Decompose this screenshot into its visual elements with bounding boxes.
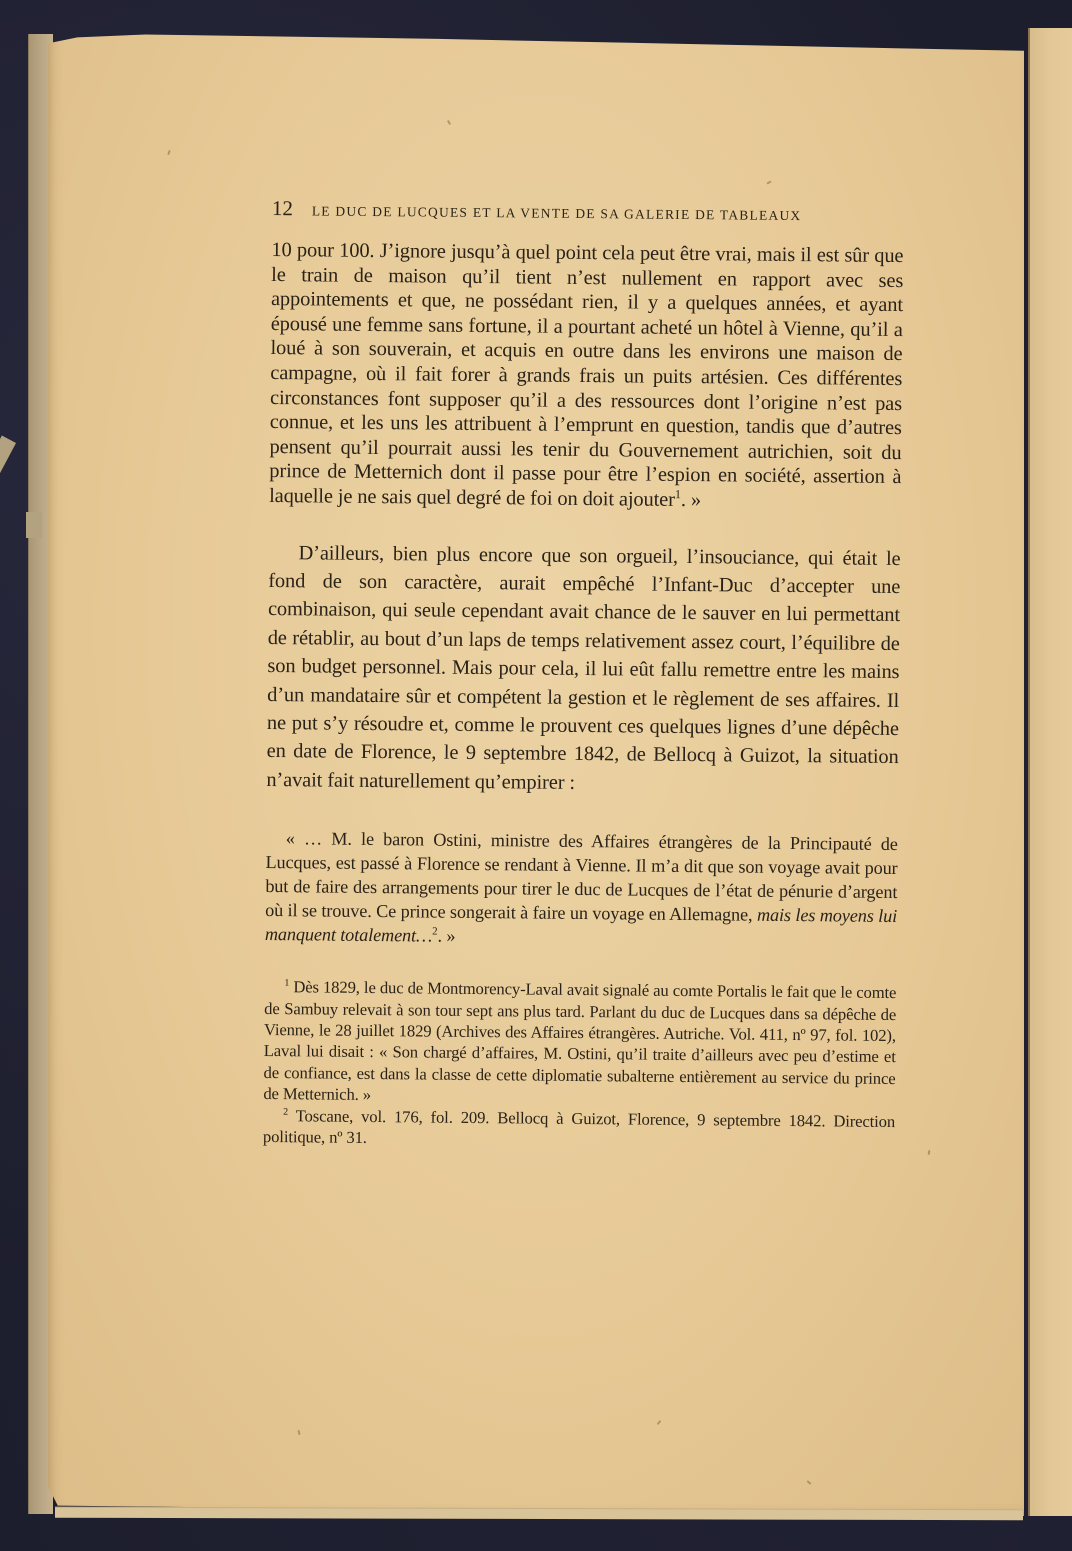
footnotes: 1 Dès 1829, le duc de Montmorency-Laval …: [263, 976, 897, 1153]
running-head: 12 LE DUC DE LUCQUES ET LA VENTE DE SA G…: [272, 196, 904, 230]
paper-fleck: [806, 1480, 811, 1485]
text-block: 12 LE DUC DE LUCQUES ET LA VENTE DE SA G…: [263, 196, 904, 1153]
paper-fleck: [657, 1420, 662, 1425]
paper-fleck: [928, 1150, 931, 1155]
torn-paper-fragment: [26, 512, 42, 538]
block-quote: « … M. le baron Ostini, ministre des Aff…: [265, 826, 898, 952]
paper-fleck: [766, 180, 771, 184]
quote-close: . »: [437, 926, 455, 946]
page-number: 12: [272, 196, 312, 221]
adjacent-page-edge: [1028, 28, 1072, 1516]
paragraph: D’ailleurs, bien plus encore que son org…: [266, 539, 900, 801]
paper-fleck: [167, 150, 171, 155]
paragraph-text: 10 pour 100. J’ignore jusqu’à quel point…: [269, 239, 904, 511]
paper-fleck: [297, 1430, 300, 1435]
paragraph-continued: 10 pour 100. J’ignore jusqu’à quel point…: [269, 238, 904, 515]
quote-close: . »: [681, 489, 701, 511]
footnote-1: 1 Dès 1829, le duc de Montmorency-Laval …: [263, 976, 896, 1110]
footnote-2: 2 Toscane, vol. 176, fol. 209. Bellocq à…: [263, 1105, 895, 1154]
footnote-text: Toscane, vol. 176, fol. 209. Bellocq à G…: [263, 1106, 895, 1147]
running-title: LE DUC DE LUCQUES ET LA VENTE DE SA GALE…: [312, 203, 802, 224]
footnote-text: Dès 1829, le duc de Montmorency-Laval av…: [263, 977, 896, 1104]
paper-fleck: [447, 120, 451, 125]
